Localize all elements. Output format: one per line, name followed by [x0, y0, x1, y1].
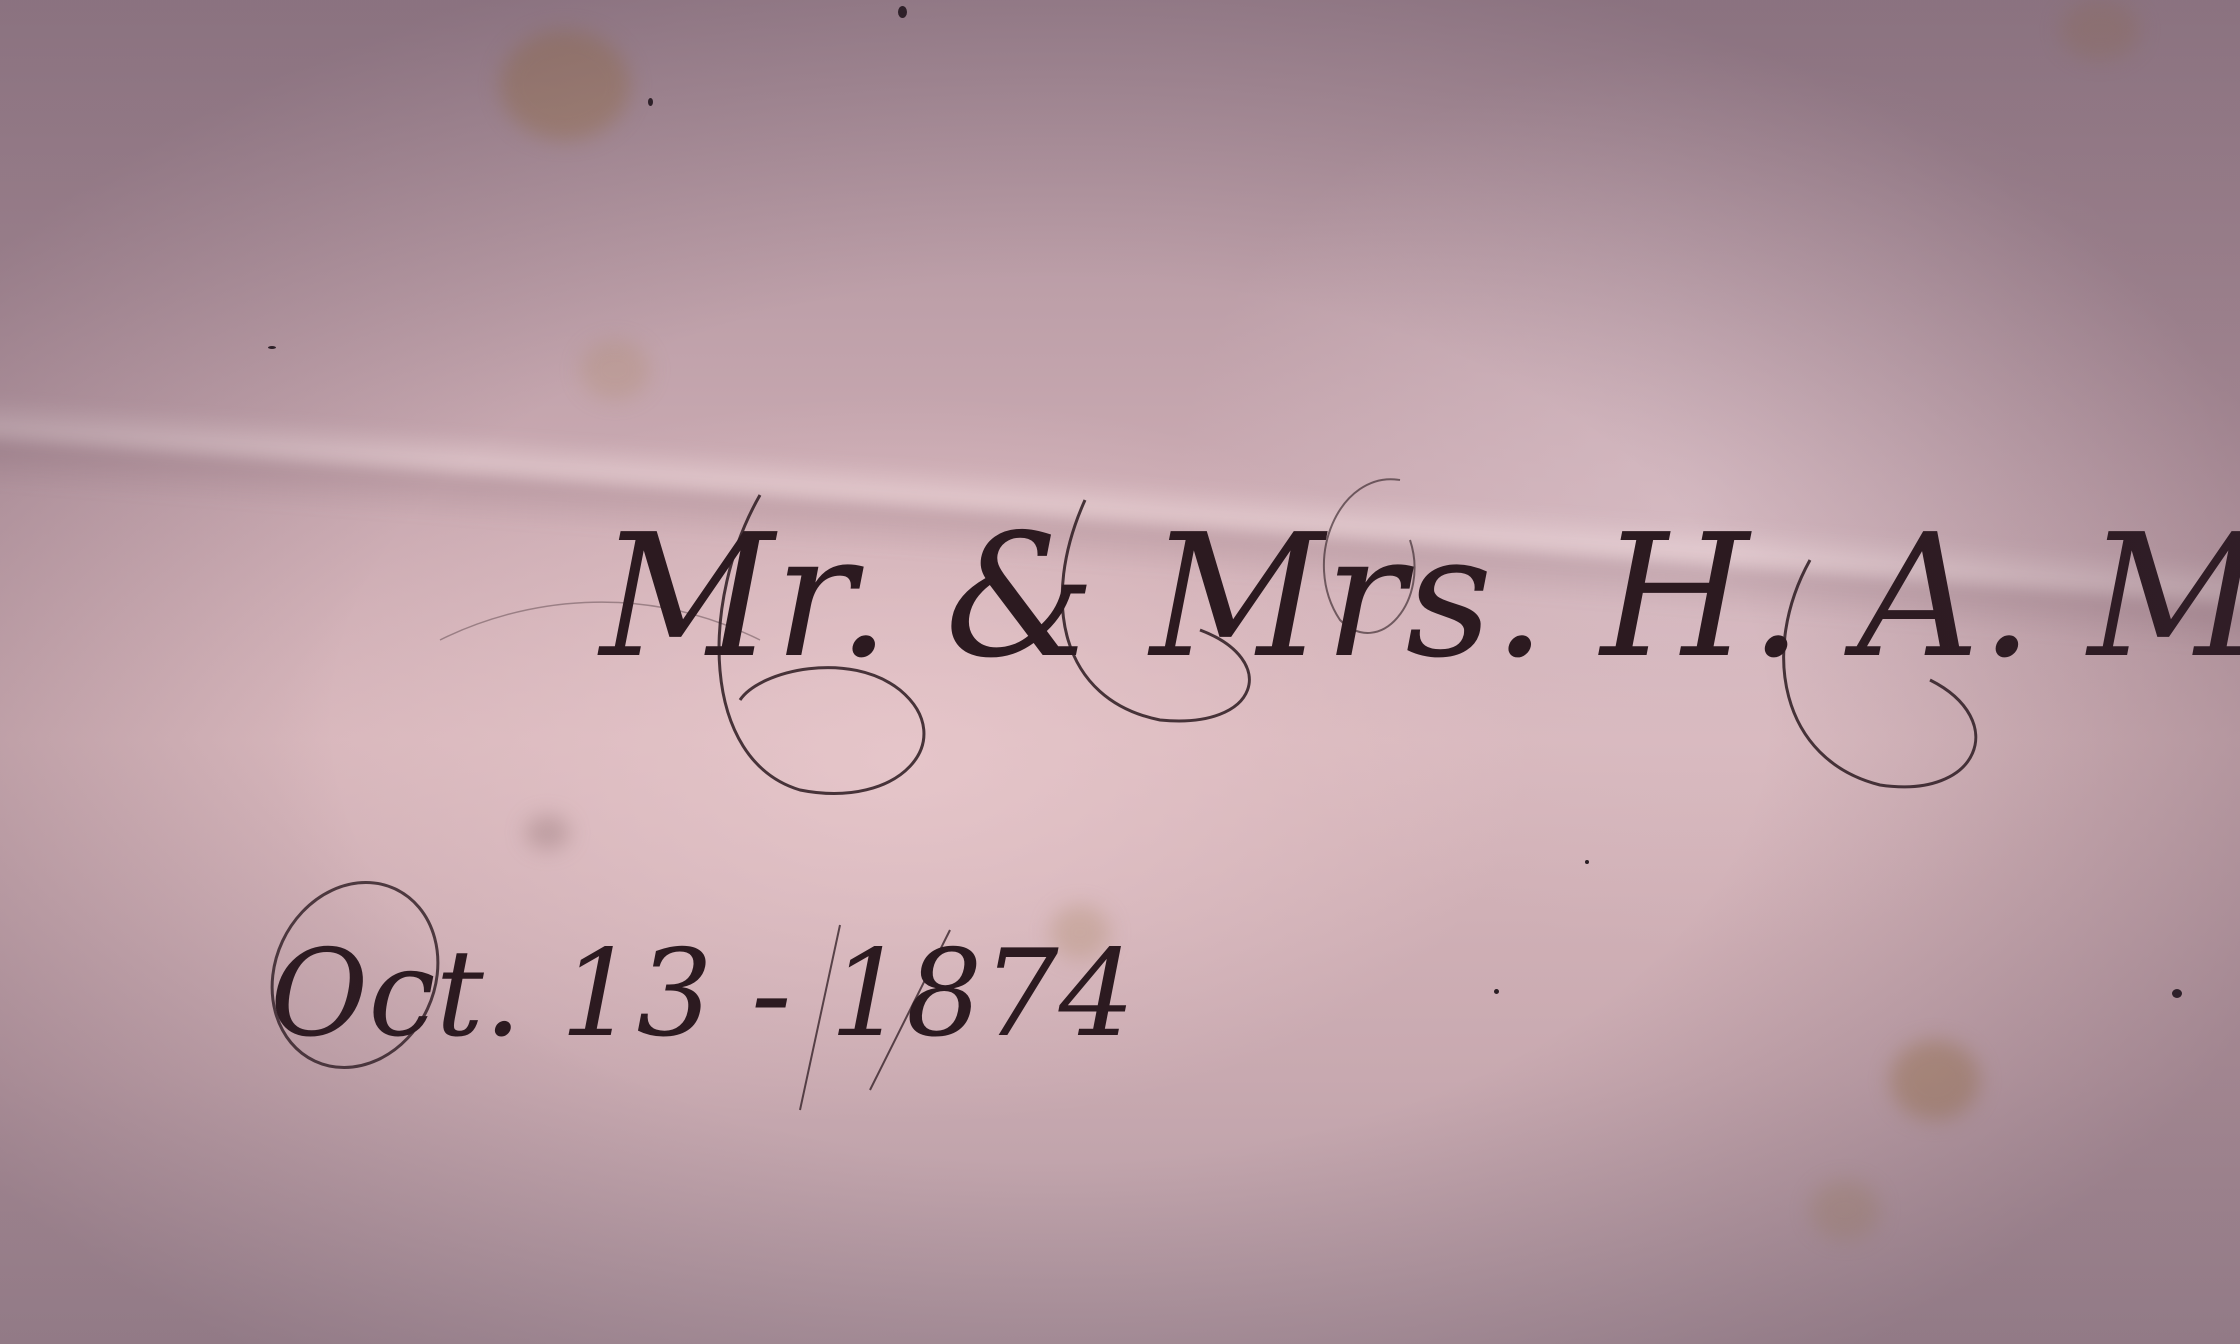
date-line: Oct. 13 - 1874	[242, 855, 1135, 1110]
aged-paper-page: Mr. & Mrs. H. A. Mayo Oct. 13 - 1874	[0, 0, 2240, 1344]
names-text: Mr. & Mrs. H. A. Mayo	[597, 498, 2240, 696]
names-line: Mr. & Mrs. H. A. Mayo	[440, 479, 2240, 793]
date-text: Oct. 13 - 1874	[270, 925, 1135, 1064]
handwriting-layer: Mr. & Mrs. H. A. Mayo Oct. 13 - 1874	[0, 0, 2240, 1344]
